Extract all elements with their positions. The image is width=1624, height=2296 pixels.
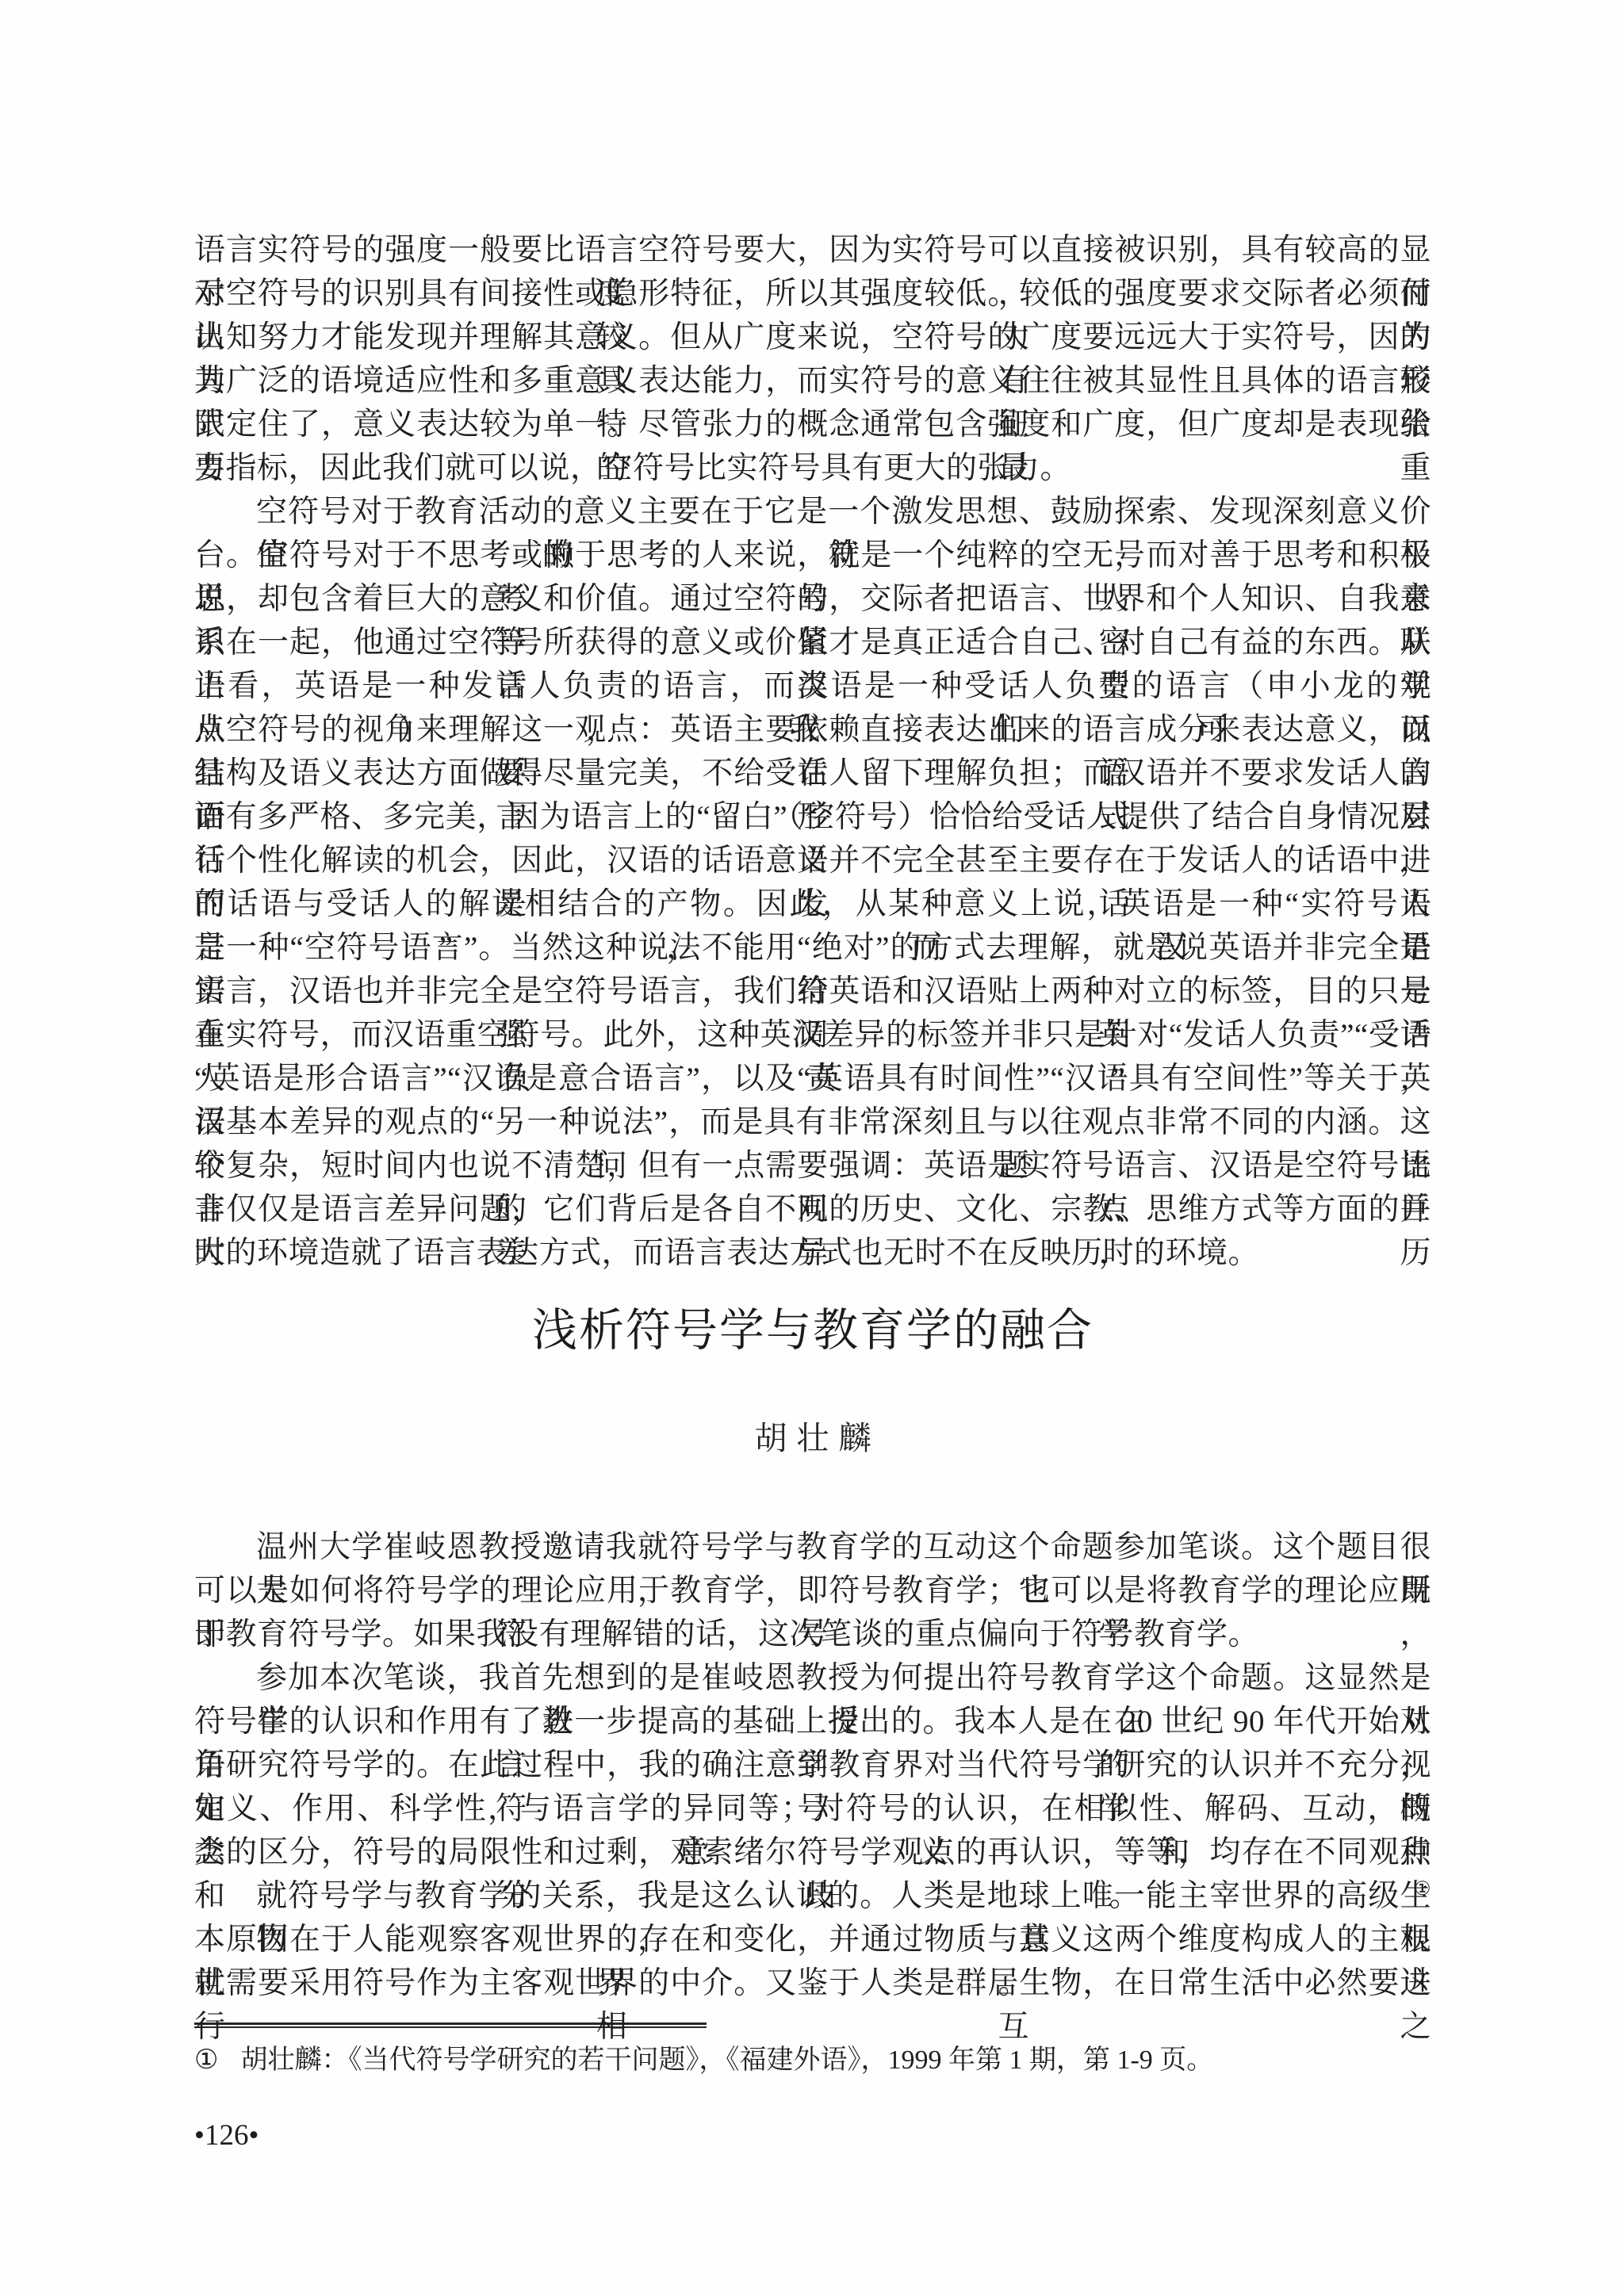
text-line: 系在一起，他通过空符号所获得的意义或价值才是真正适合自己、对自己有益的东西。从语… [194, 621, 1431, 664]
text-line: 空符号对于教育活动的意义主要在于它是一个激发思想、鼓励探索、发现深刻意义价值的符… [194, 490, 1431, 534]
text-line: 行个性化解读的机会，因此，汉语的话语意义并不完全甚至主要存在于发话人的话语中，而… [194, 839, 1431, 882]
text-line: 就需要采用符号作为主客观世界的中介。又鉴于人类是群居生物，在日常生活中必然要进行… [194, 1961, 1431, 2005]
text-line: 定义、作用、科学性，与语言学的异同等；对符号的认识，在相似性、解码、互动，概念、… [194, 1787, 1431, 1831]
footnote-text: 胡壮麟：《当代符号学研究的若干问题》，《福建外语》，1999 年第 1 期，第 … [240, 2045, 1213, 2075]
paragraph: 温州大学崔岐恩教授邀请我就符号学与教育学的互动这个命题参加笔谈。这个题目很大，它… [194, 1525, 1431, 1656]
footnote-marker: ① [194, 2045, 218, 2075]
text-line: 结构及语义表达方面做得尽量完美，不给受话人留下理解负担；而汉语并不要求发话人的语… [194, 752, 1431, 795]
text-line: 语言，汉语也并非完全是空符号语言，我们给英语和汉语贴上两种对立的标签，目的只是在… [194, 970, 1431, 1013]
paragraph: 语言实符号的强度一般要比语言空符号要大，因为实符号可以直接被识别，具有较高的显示… [194, 228, 1431, 490]
text-line: 从空符号的视角来理解这一观点：英语主要依赖直接表达出来的语言成分来表达意义，而且… [194, 708, 1431, 752]
text-line: 台。空符号对于不思考或懒于思考的人来说，就是一个纯粹的空无，而对善于思考和积极思… [194, 534, 1431, 577]
text-line: 是一种“空符号语言”。当然这种说法不能用“绝对”的方式去理解，就是说英语并非完全… [194, 926, 1431, 970]
continued-text-block: 语言实符号的强度一般要比语言空符号要大，因为实符号可以直接被识别，具有较高的显示… [194, 228, 1431, 1275]
text-line: “英语是形合语言”“汉语是意合语言”，以及“英语具有时间性”“汉语具有空间性”等… [194, 1057, 1431, 1100]
text-line: 对空符号的识别具有间接性或隐形特征，所以其强度较低。较低的强度要求交际者必须付出… [194, 272, 1431, 316]
text-line: 为广泛的语境适应性和多重意义表达能力，而实符号的意义往往被其显性且具体的语言形式… [194, 359, 1431, 403]
text-line: 较复杂，短时间内也说不清楚，但有一点需要强调：英语是实符号语言、汉语是空符号语言… [194, 1144, 1431, 1188]
text-line: 温州大学崔岐恩教授邀请我就符号学与教育学的互动这个命题参加笔谈。这个题目很大，它… [194, 1525, 1431, 1569]
author-name: 胡壮麟 [194, 1418, 1431, 1459]
article-body: 温州大学崔岐恩教授邀请我就符号学与教育学的互动这个命题参加笔谈。这个题目很大，它… [194, 1525, 1431, 2005]
text-line: 语基本差异的观点的“另一种说法”，而是具有非常深刻且与以往观点非常不同的内涵。这… [194, 1100, 1431, 1144]
text-line: 角研究符号学的。在此过程中，我的确注意到教育界对当代符号学研究的认识并不充分，如… [194, 1743, 1431, 1787]
text-line: 重实符号，而汉语重空符号。此外，这种英汉差异的标签并非只是针对“发话人负责”“受… [194, 1013, 1431, 1057]
document-page: 语言实符号的强度一般要比语言空符号要大，因为实符号可以直接被识别，具有较高的显示… [0, 0, 1624, 2296]
text-line: 非仅仅是语言差异问题，它们背后是各自不同的历史、文化、宗教、思维方式等方面的巨大… [194, 1188, 1431, 1231]
article-title: 浅析符号学与教育学的融合 [194, 1300, 1431, 1362]
page-number: •126• [194, 2118, 259, 2153]
text-line: 语言实符号的强度一般要比语言空符号要大，因为实符号可以直接被识别，具有较高的显示… [194, 228, 1431, 272]
text-line: 符号学的认识和作用有了进一步提高的基础上提出的。我本人是在 20 世纪 90 年… [194, 1700, 1431, 1743]
text-line: 就符号学与教育学的关系，我是这么认识的。人类是地球上唯一能主宰世界的高级生物，其… [194, 1874, 1431, 1918]
text-line: 参加本次笔谈，我首先想到的是崔岐恩教授为何提出符号教育学这个命题。这显然是崔教授… [194, 1656, 1431, 1700]
paragraph: 空符号对于教育活动的意义主要在于它是一个激发思想、鼓励探索、发现深刻意义价值的符… [194, 490, 1431, 1275]
text-line: 的话语与受话人的解读相结合的产物。因此，从某种意义上说，英语是一种“实符号语言”… [194, 882, 1431, 926]
text-line: 限定住了，意义表达较为单一。尽管张力的概念通常包含强度和广度，但广度却是表现张力… [194, 403, 1431, 446]
paragraph: 参加本次笔谈，我首先想到的是崔岐恩教授为何提出符号教育学这个命题。这显然是崔教授… [194, 1656, 1431, 1874]
text-line: 面有多严格、多完美，因为语言上的“留白”（空符号）恰恰给受话人提供了结合自身情况… [194, 795, 1431, 839]
text-line: 可以是如何将符号学的理论应用于教育学，即符号教育学；也可以是将教育学的理论应用于… [194, 1569, 1431, 1613]
paragraph: 就符号学与教育学的关系，我是这么认识的。人类是地球上唯一能主宰世界的高级生物，其… [194, 1874, 1431, 2005]
text-line: 说，却包含着巨大的意义和价值。通过空符号，交际者把语言、世界和个人知识、自我意识… [194, 577, 1431, 621]
text-line: 本原因在于人能观察客观世界的存在和变化，并通过物质与意义这两个维度构成人的主观世… [194, 1918, 1431, 1961]
text-content-area: 语言实符号的强度一般要比语言空符号要大，因为实符号可以直接被识别，具有较高的显示… [194, 228, 1431, 2079]
text-line: 认知努力才能发现并理解其意义。但从广度来说，空符号的广度要远远大于实符号，因为其… [194, 316, 1431, 359]
text-line: 类的区分，符号的局限性和过剩，对索绪尔符号学观点的再认识，等等，均存在不同观点和… [194, 1831, 1431, 1874]
text-line: 即教育符号学。如果我没有理解错的话，这次笔谈的重点偏向于符号教育学。 [194, 1613, 1431, 1656]
text-line: 上看，英语是一种发话人负责的语言，而汉语是一种受话人负责的语言（申小龙的观点），… [194, 664, 1431, 708]
text-line: 时的环境造就了语言表达方式，而语言表达方式也无时不在反映历时的环境。 [194, 1231, 1431, 1275]
